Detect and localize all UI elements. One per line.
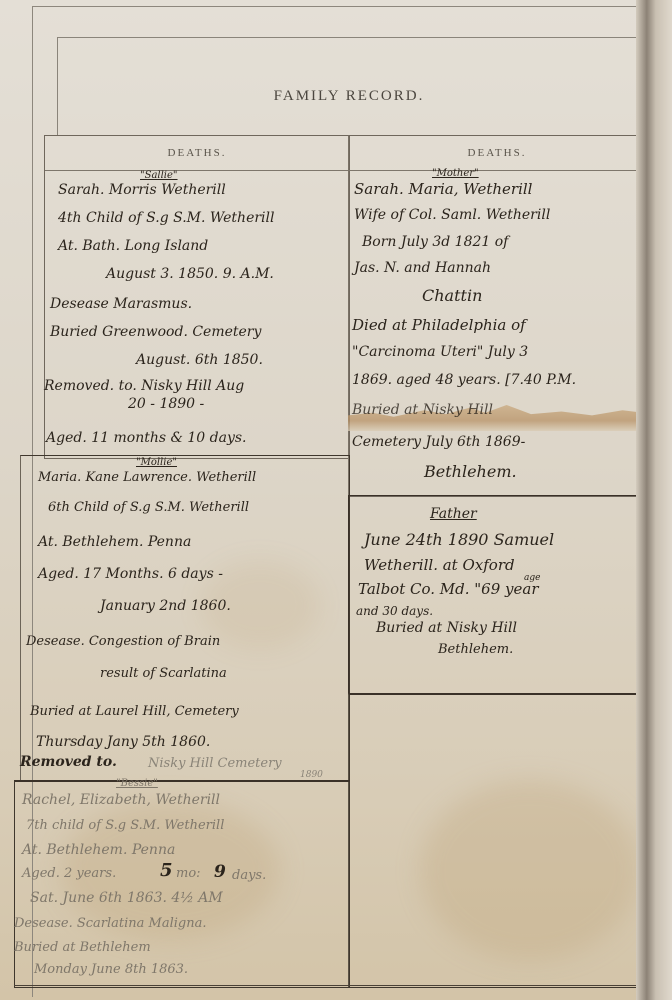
entry-line: Died at Philadelphia of: [352, 316, 526, 334]
entry-line: Aged. 11 months & 10 days.: [46, 430, 247, 446]
entry-line: and 30 days.: [356, 604, 433, 618]
nickname: "Mollie": [136, 457, 177, 468]
entry-line: Buried Greenwood. Cemetery: [50, 324, 261, 340]
nickname: "Bessie": [116, 778, 158, 789]
entry-line: result of Scarlatina: [100, 666, 227, 681]
entry-line: 7th child of S.g S.M. Wetherill: [26, 818, 224, 833]
entry-line: Sarah. Morris Wetherill: [58, 182, 226, 198]
entry-line: Jas. N. and Hannah: [354, 260, 491, 276]
entry-line: At. Bethlehem. Penna: [22, 842, 175, 858]
column-header: DEATHS.: [45, 136, 349, 171]
entry-line: Buried at Nisky Hill: [352, 402, 493, 418]
bottom-rule: [14, 985, 672, 986]
entry-line: Sat. June 6th 1863. 4½ AM: [30, 890, 223, 906]
book-spine-edge: [636, 0, 672, 1000]
entry-line: Aged. 2 years.: [22, 866, 116, 881]
empty-entry-box: [348, 693, 672, 988]
entry-line: Wife of Col. Saml. Wetherill: [354, 207, 550, 223]
pencil-note: Nisky Hill Cemetery: [148, 756, 282, 771]
entry-line: January 2nd 1860.: [100, 598, 231, 614]
nickname: "Sallie": [140, 170, 178, 181]
entry-line: 1869. aged 48 years. [7.40 P.M.: [352, 372, 576, 388]
entry-line: August. 6th 1850.: [136, 352, 263, 368]
entry-line: June 24th 1890 Samuel: [364, 530, 554, 549]
entry-line: Bethlehem.: [424, 462, 517, 481]
entry-line: 4th Child of S.g S.M. Wetherill: [58, 210, 274, 226]
page-title: FAMILY RECORD.: [58, 88, 640, 105]
entry-line: Buried at Laurel Hill, Cemetery: [30, 704, 239, 719]
entry-box-bessie: [14, 780, 350, 988]
entry-line: Removed to.: [20, 754, 117, 770]
entry-line: Bethlehem.: [438, 642, 513, 657]
entry-line: 6th Child of S.g S.M. Wetherill: [48, 500, 249, 515]
entry-line: Desease Marasmus.: [50, 296, 192, 312]
overwritten-digit: 9: [214, 862, 226, 882]
entry-line: Cemetery July 6th 1869-: [352, 434, 525, 450]
entry-line: Thursday Jany 5th 1860.: [36, 734, 210, 750]
entry-line: August 3. 1850. 9. A.M.: [106, 266, 274, 282]
entry-line: Monday June 8th 1863.: [34, 962, 188, 977]
entry-line: Wetherill. at Oxford: [364, 556, 515, 574]
entry-heading: Father: [430, 506, 477, 522]
overwritten-digit: 5: [160, 860, 173, 881]
entry-line: Sarah. Maria, Wetherill: [354, 180, 532, 198]
entry-line: Rachel, Elizabeth, Wetherill: [22, 792, 220, 808]
entry-line: Talbot Co. Md. "69 year: [358, 580, 539, 598]
entry-line: Buried at Nisky Hill: [376, 620, 517, 636]
entry-line: Aged. 17 Months. 6 days -: [38, 566, 223, 582]
entry-line: At. Bethlehem. Penna: [38, 534, 191, 550]
title-box: FAMILY RECORD.: [57, 37, 641, 136]
entry-line: "Carcinoma Uteri" July 3: [352, 344, 528, 360]
column-header: DEATHS.: [349, 136, 645, 171]
entry-line: Buried at Bethlehem: [14, 940, 151, 955]
entry-line: days.: [232, 868, 266, 883]
family-record-page: FAMILY RECORD. DEATHS. "Sallie" Sarah. M…: [0, 0, 672, 1000]
entry-line: Chattin: [422, 286, 482, 305]
entry-line: At. Bath. Long Island: [58, 238, 208, 254]
entry-line: 20 - 1890 -: [128, 396, 204, 412]
entry-line: Removed. to. Nisky Hill Aug: [44, 378, 244, 394]
entry-line: Desease. Congestion of Brain: [26, 634, 220, 649]
entry-line: Desease. Scarlatina Maligna.: [14, 916, 207, 931]
nickname: "Mother": [432, 168, 479, 179]
entry-line: Born July 3d 1821 of: [362, 234, 508, 250]
pencil-note: 1890: [300, 770, 323, 780]
entry-line: Maria. Kane Lawrence. Wetherill: [38, 470, 256, 485]
entry-line: mo:: [176, 866, 201, 881]
